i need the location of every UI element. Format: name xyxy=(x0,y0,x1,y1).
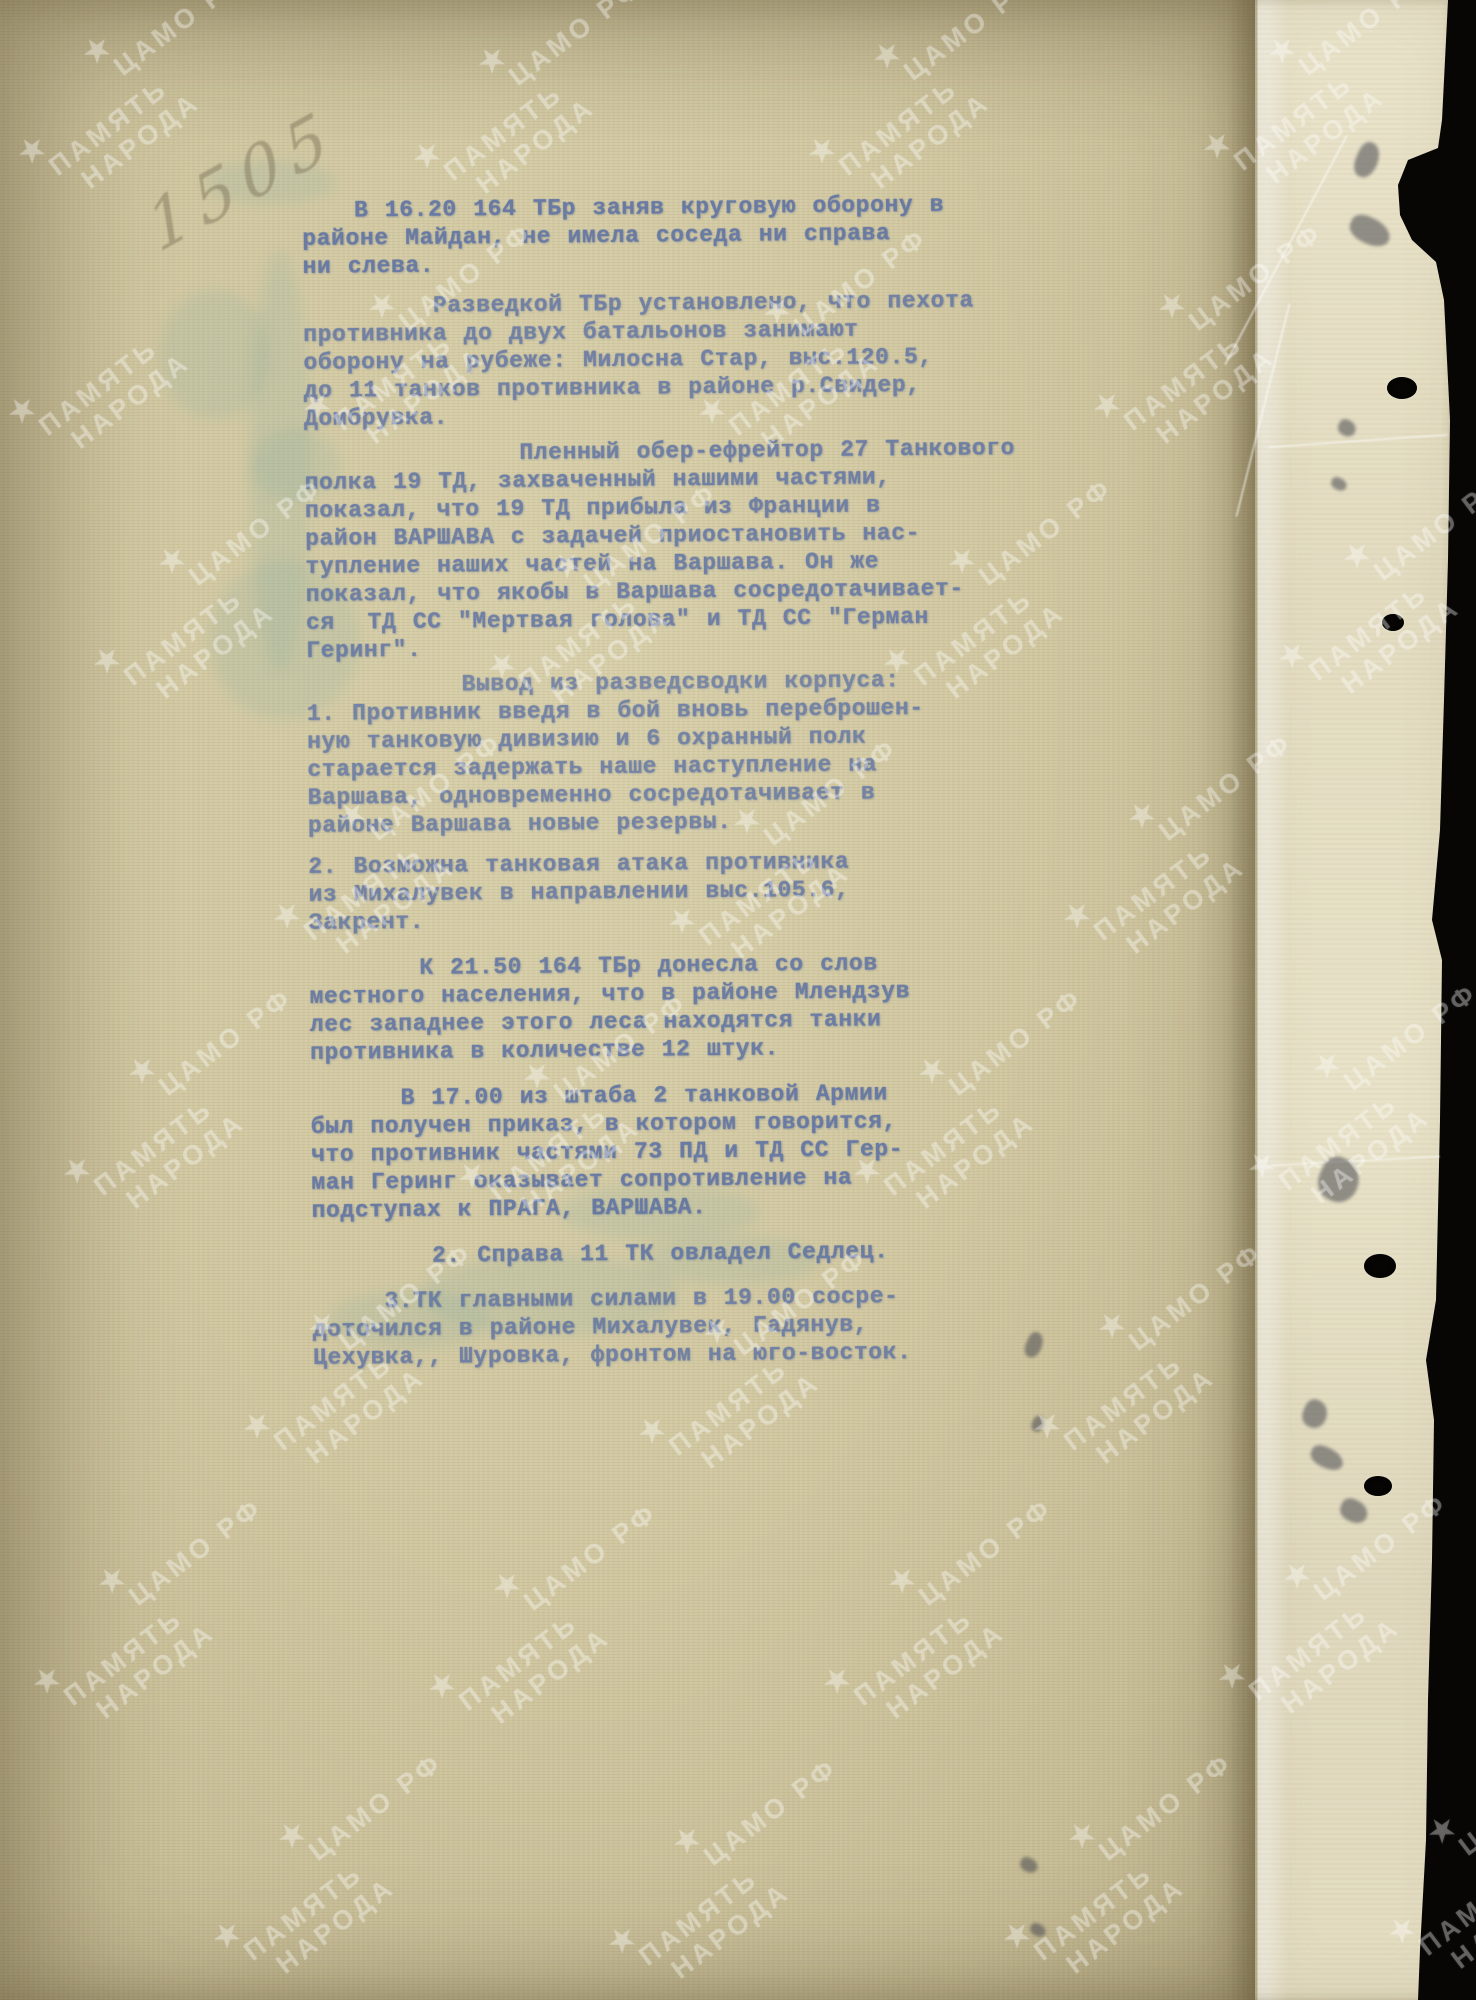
typed-line: Домбрувка. xyxy=(304,398,1004,433)
punch-hole xyxy=(1382,614,1404,631)
punch-hole xyxy=(1364,1254,1396,1278)
typed-line: подступах к ПРАГА, ВАРШАВА. xyxy=(311,1190,1011,1225)
typed-text-block: В 16.20 164 ТБр заняв круговую оборону в… xyxy=(300,0,1014,1500)
typed-paragraph: В 17.00 из штаба 2 танковой Армиибыл пол… xyxy=(310,1078,1011,1225)
watermark-text: НАРОДА xyxy=(1446,1866,1476,1974)
typed-line: Закрент. xyxy=(309,902,1009,937)
typed-line: Геринг". xyxy=(306,630,1006,665)
typed-line: районе Варшава новые резервы. xyxy=(308,805,1008,840)
typed-paragraph: К 21.50 164 ТБр донесла со словместного … xyxy=(309,948,1010,1067)
typed-paragraph: Пленный обер-ефрейтор 27 Танковогополка … xyxy=(304,434,1006,665)
punch-hole xyxy=(1364,1476,1392,1496)
typed-line: ни слева. xyxy=(302,246,1002,281)
typed-paragraph: 1. Противник введя в бой вновь переброше… xyxy=(307,693,1008,840)
ink-bleed-stain xyxy=(250,250,310,670)
typed-paragraph: Разведкой ТБр установлено, что пехотапро… xyxy=(303,286,1004,433)
typed-paragraph: 2. Справа 11 ТК овладел Седлец. xyxy=(312,1236,1012,1271)
typed-line: Цехувка,, Шуровка, фронтом на юго-восток… xyxy=(313,1337,1013,1372)
typed-paragraph: 2. Возможна танковая атака противникаиз … xyxy=(308,846,1009,937)
punch-hole xyxy=(1387,377,1417,399)
typed-paragraph: 3.ТК главными силами в 19.00 сосре-доточ… xyxy=(312,1281,1013,1372)
typed-paragraph: В 16.20 164 ТБр заняв круговую оборону в… xyxy=(302,190,1003,281)
typed-line: противника в количестве 12 штук. xyxy=(310,1032,1010,1067)
torn-tape-strip xyxy=(1255,0,1460,2000)
typed-line: 2. Справа 11 ТК овладел Седлец. xyxy=(312,1236,1012,1271)
watermark-tsamo: ★ЦАМО РФ xyxy=(1440,1724,1476,1861)
watermark-text: ЦАМО РФ xyxy=(1453,1742,1476,1862)
star-icon: ★ xyxy=(1426,1724,1476,1846)
